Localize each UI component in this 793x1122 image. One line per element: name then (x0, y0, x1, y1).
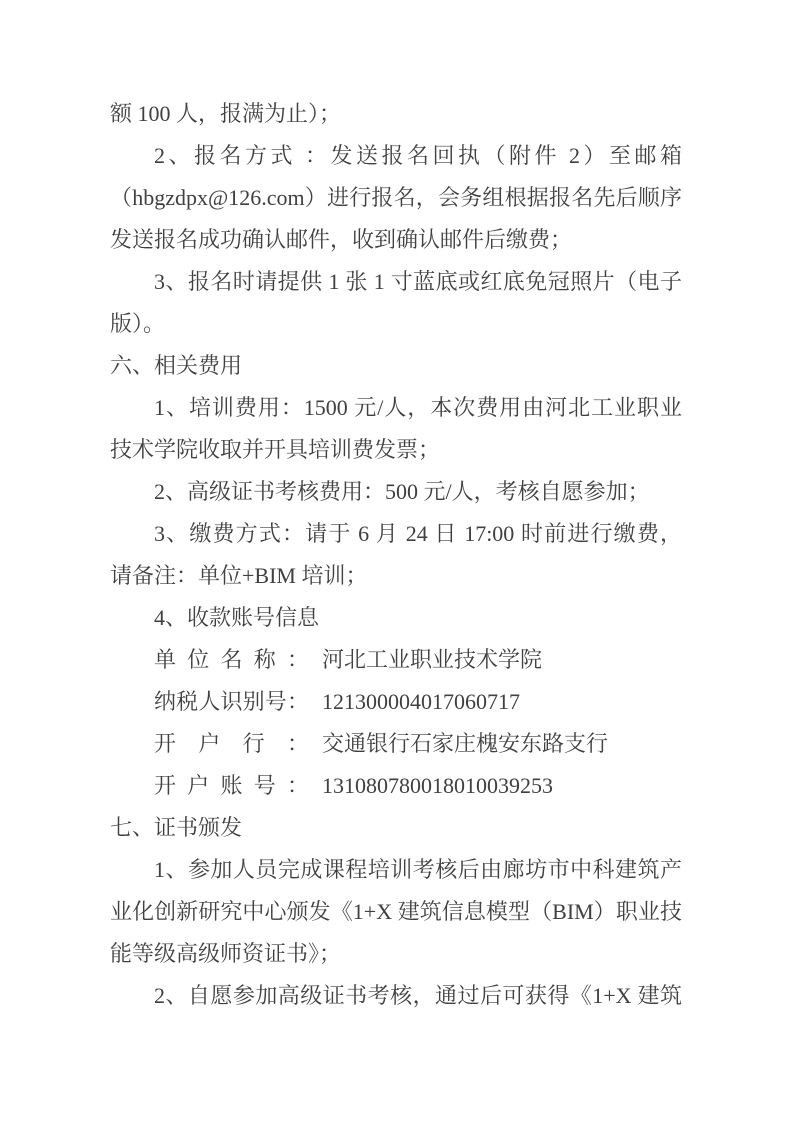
account-row-company-name: 单位名称：河北工业职业技术学院 (110, 639, 682, 681)
account-label: 单位名称： (154, 639, 309, 681)
doc-line-account-info-heading: 4、收款账号信息 (110, 597, 682, 639)
account-value: 交通银行石家庄槐安东路支行 (322, 731, 608, 756)
doc-line-certificate-issuance: 1、参加人员完成课程培训考核后由廊坊市中科建筑产 (110, 849, 682, 891)
account-row-account-number: 开户账号：131080780018010039253 (110, 765, 682, 807)
document-body: 额 100 人，报满为止）； 2、报名方式 ：发送报名回执（附件 2）至邮箱 （… (110, 93, 682, 1017)
doc-line-email: （hbgzdpx@126.com）进行报名，会务组根据报名先后顺序 (110, 177, 682, 219)
section-heading-certificates: 七、证书颁发 (110, 807, 682, 849)
account-row-bank: 开户行：交通银行石家庄槐安东路支行 (110, 723, 682, 765)
doc-line-payment-note: 请备注：单位+BIM 培训； (110, 555, 682, 597)
account-label: 开户账号： (154, 765, 309, 807)
doc-line-registration-method: 2、报名方式 ：发送报名回执（附件 2）至邮箱 (110, 135, 682, 177)
doc-line-exam-certificate: 2、自愿参加高级证书考核，通过后可获得《1+X 建筑 (110, 975, 682, 1017)
doc-line-exam-fee: 2、高级证书考核费用：500 元/人，考核自愿参加； (110, 471, 682, 513)
doc-line-training-fee: 1、培训费用：1500 元/人，本次费用由河北工业职业 (110, 387, 682, 429)
doc-line: 发送报名成功确认邮件，收到确认邮件后缴费； (110, 219, 682, 261)
doc-line: 能等级高级师资证书》； (110, 933, 682, 975)
account-label: 开户行： (154, 723, 309, 765)
section-heading-fees: 六、相关费用 (110, 345, 682, 387)
doc-line-payment-deadline: 3、缴费方式：请于 6 月 24 日 17:00 时前进行缴费， (110, 513, 682, 555)
document-page: 额 100 人，报满为止）； 2、报名方式 ：发送报名回执（附件 2）至邮箱 （… (0, 0, 793, 1122)
doc-line-photo-requirement: 3、报名时请提供 1 张 1 寸蓝底或红底免冠照片（电子 (110, 261, 682, 303)
doc-line: 业化创新研究中心颁发《1+X 建筑信息模型（BIM）职业技 (110, 891, 682, 933)
account-value: 河北工业职业技术学院 (322, 647, 542, 672)
doc-line: 技术学院收取并开具培训费发票； (110, 429, 682, 471)
doc-line: 额 100 人，报满为止）； (110, 93, 682, 135)
account-value: 131080780018010039253 (322, 773, 553, 798)
account-row-tax-id: 纳税人识别号：121300004017060717 (110, 681, 682, 723)
account-value: 121300004017060717 (322, 689, 520, 714)
doc-line: 版）。 (110, 303, 682, 345)
account-label: 纳税人识别号： (154, 681, 309, 723)
